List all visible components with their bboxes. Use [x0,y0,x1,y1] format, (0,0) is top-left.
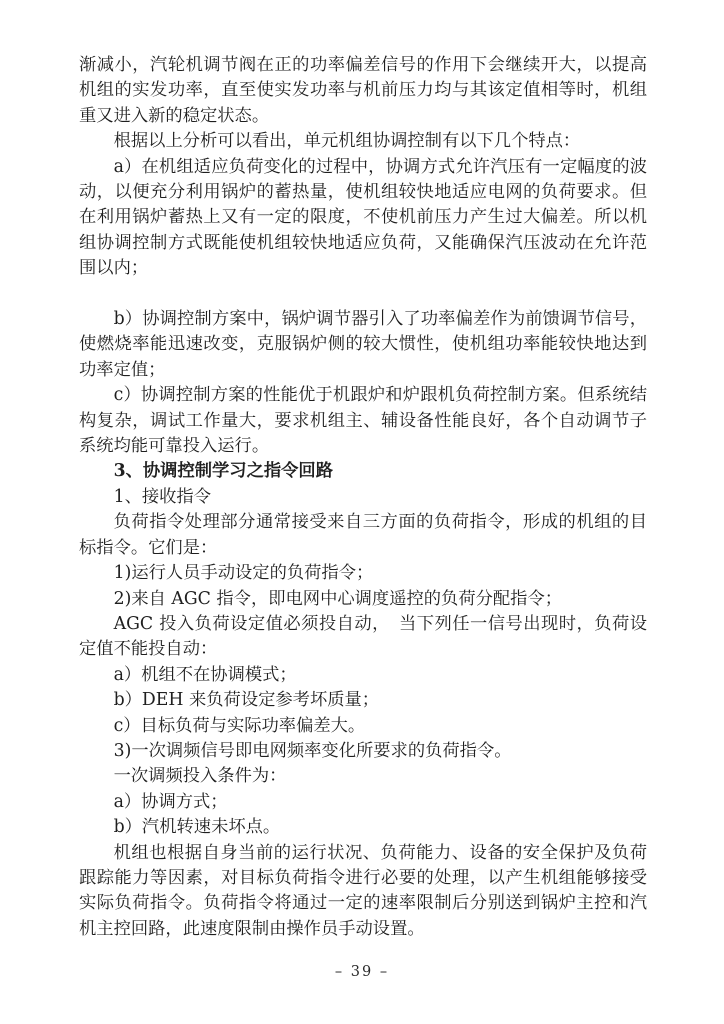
paragraph: b）协调控制方案中，锅炉调节器引入了功率偏差作为前馈调节信号，使燃烧率能迅速改变… [79,307,647,383]
paragraph: 机组也根据自身当前的运行状况、负荷能力、设备的安全保护及负荷跟踪能力等因素，对目… [79,841,647,943]
list-item: c）目标负荷与实际功率偏差大。 [79,714,647,739]
sub-heading: 1、接收指令 [79,485,647,510]
list-item: b）DEH 来负荷设定参考坏质量； [79,688,647,713]
page-number: – 39 – [0,964,724,980]
paragraph: 根据以上分析可以看出，单元机组协调控制有以下几个特点： [79,129,647,154]
paragraph: c）协调控制方案的性能优于机跟炉和炉跟机负荷控制方案。但系统结构复杂，调试工作量… [79,383,647,459]
paragraph: AGC 投入负荷设定值必须投自动， 当下列任一信号出现时，负荷设定值不能投自动： [79,612,647,663]
document-body: 渐减小，汽轮机调节阀在正的功率偏差信号的作用下会继续开大，以提高机组的实发功率，… [79,53,647,942]
list-item: 3)一次调频信号即电网频率变化所要求的负荷指令。 [79,739,647,764]
section-heading: 3、协调控制学习之指令回路 [79,459,647,484]
list-item: 2)来自 AGC 指令，即电网中心调度遥控的负荷分配指令； [79,587,647,612]
paragraph: 渐减小，汽轮机调节阀在正的功率偏差信号的作用下会继续开大，以提高机组的实发功率，… [79,53,647,129]
list-item: 1)运行人员手动设定的负荷指令； [79,561,647,586]
paragraph: 一次调频投入条件为： [79,764,647,789]
document-page: 渐减小，汽轮机调节阀在正的功率偏差信号的作用下会继续开大，以提高机组的实发功率，… [0,0,724,1024]
paragraph: 负荷指令处理部分通常接受来自三方面的负荷指令，形成的机组的目标指令。它们是： [79,510,647,561]
paragraph: a）在机组适应负荷变化的过程中，协调方式允许汽压有一定幅度的波动，以便充分利用锅… [79,155,647,282]
list-item: a）机组不在协调模式； [79,663,647,688]
list-item: a）协调方式； [79,790,647,815]
list-item: b）汽机转速未坏点。 [79,815,647,840]
